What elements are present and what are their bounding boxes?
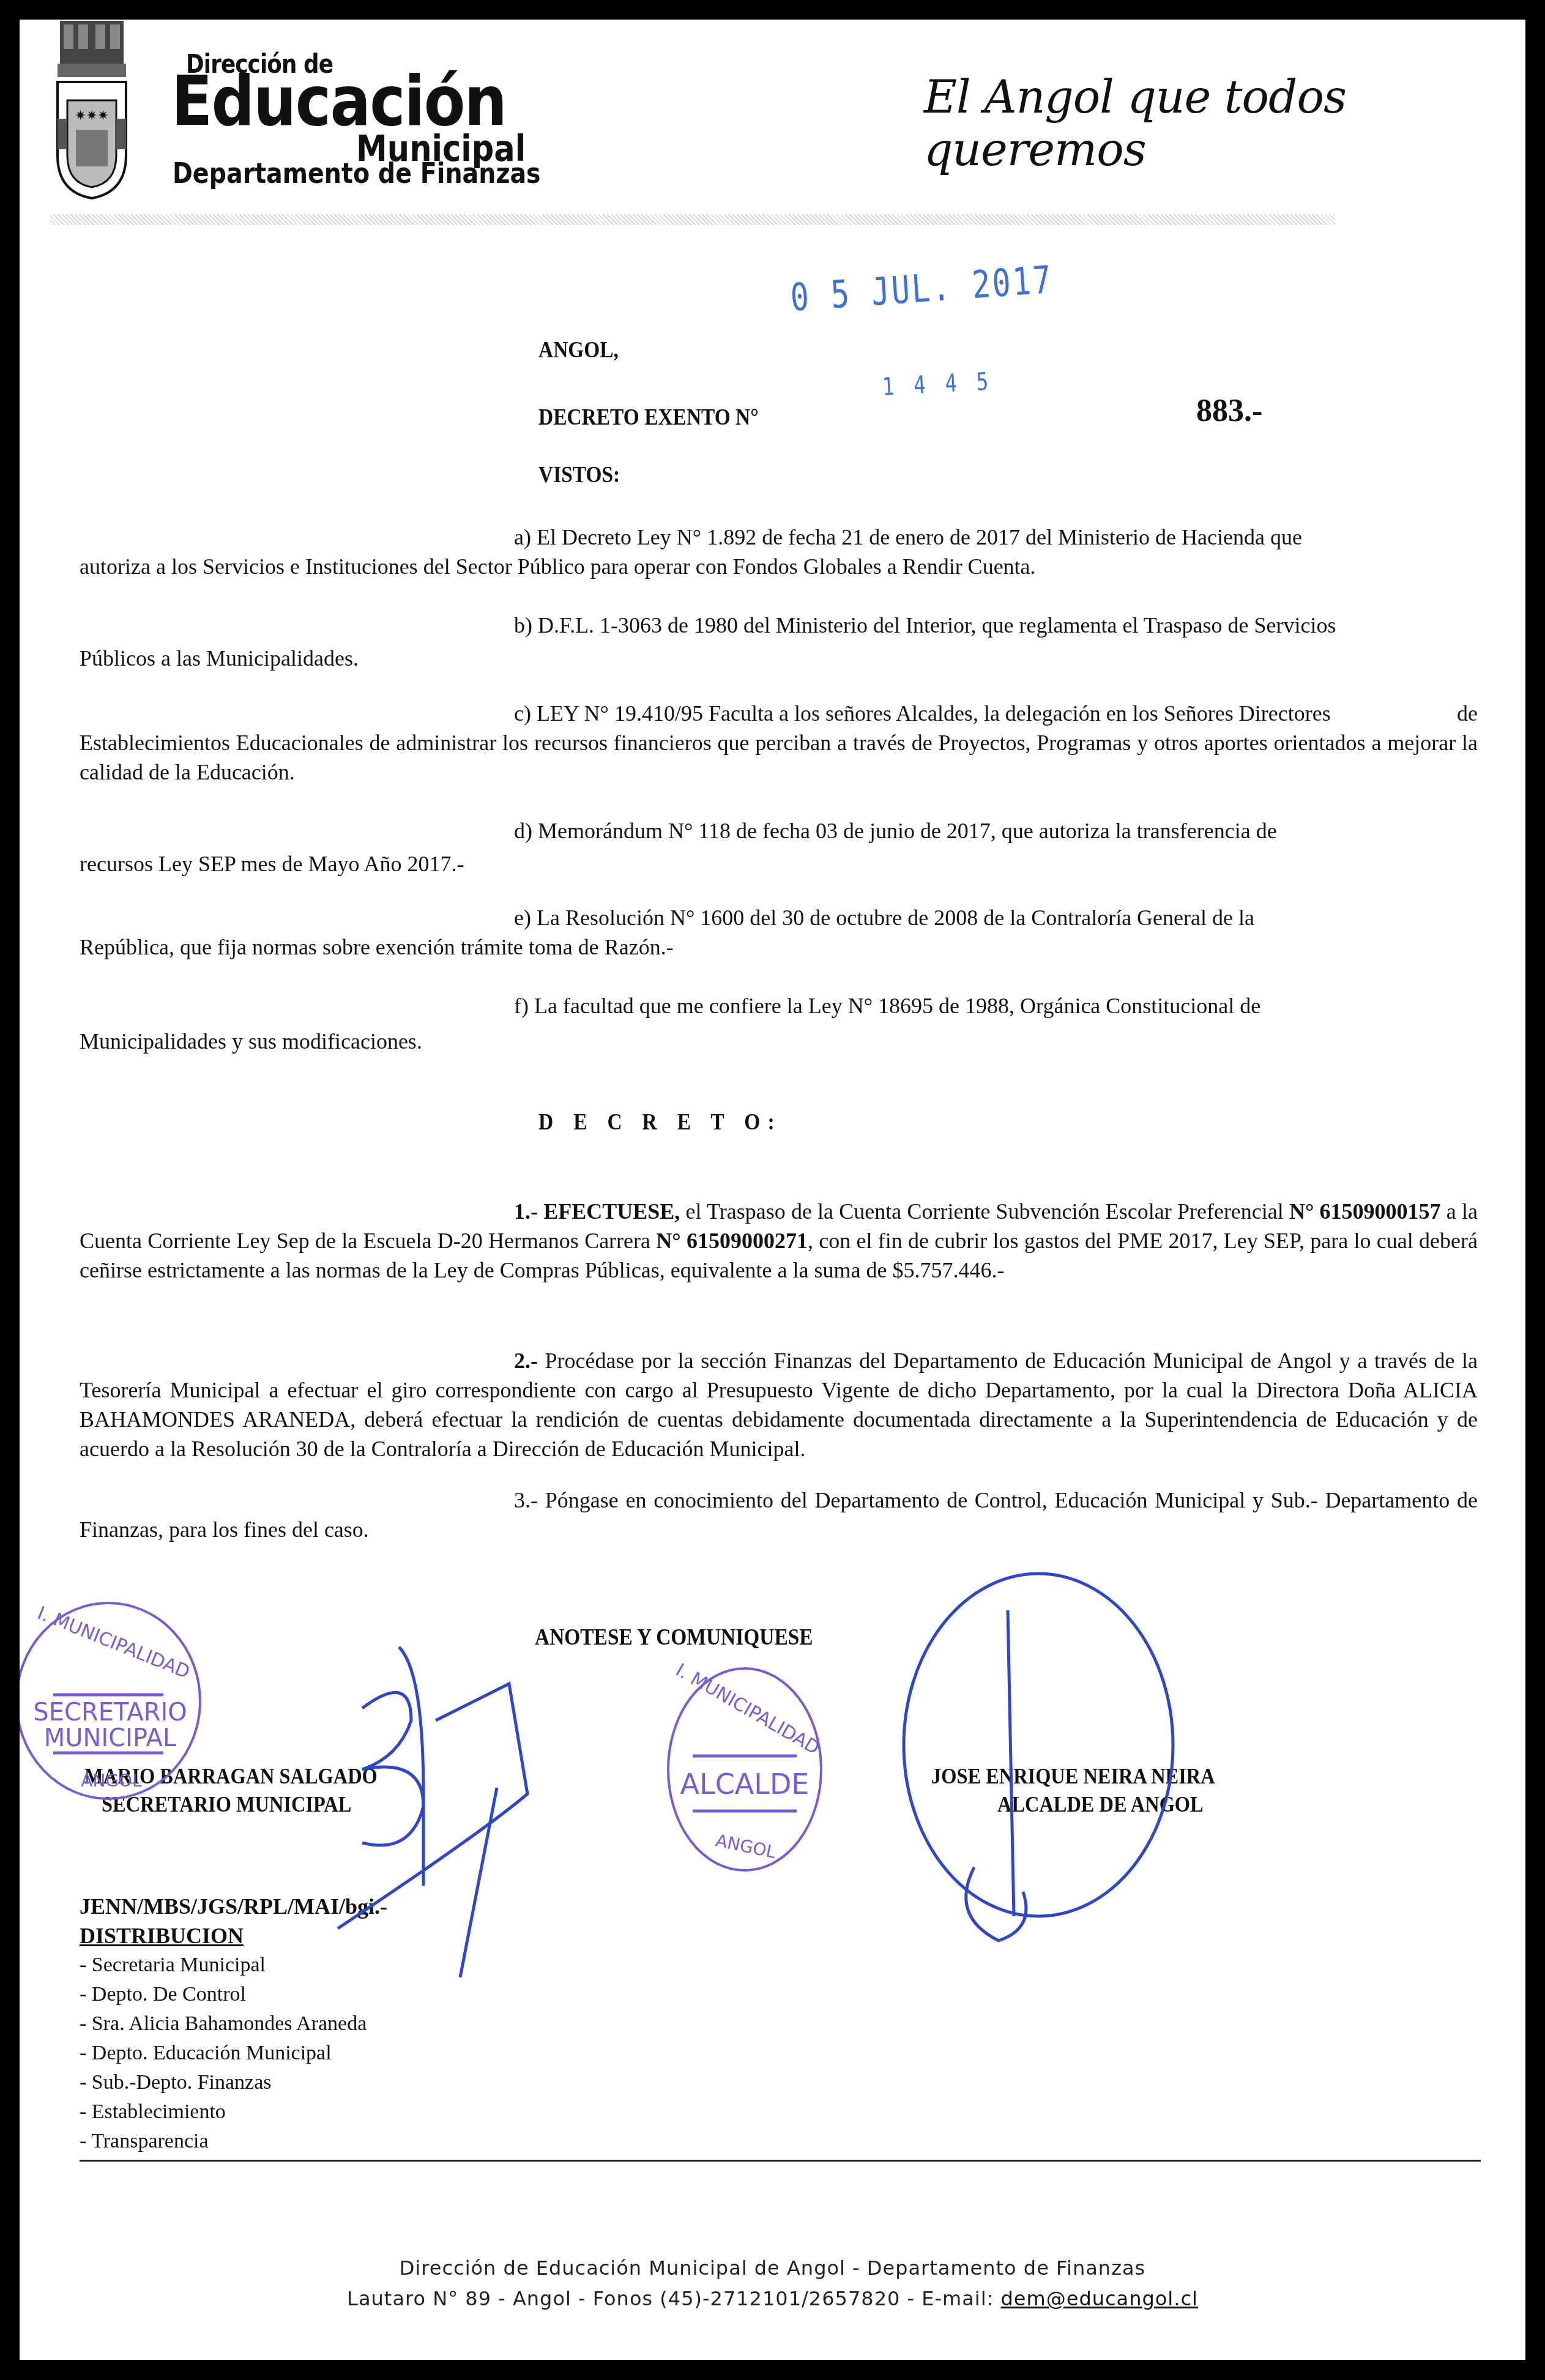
decreto-heading: D E C R E T O: [538,1109,782,1136]
header-divider [50,214,1335,225]
distribution-item: - Depto. Educación Municipal [80,2039,387,2068]
registry-number-stamp: 1 4 4 5 [882,368,993,401]
visto-c: c) LEY N° 19.410/95 Faculta a los señore… [80,699,1478,787]
distribution-block: JENN/MBS/JGS/RPL/MAI/bgi.- DISTRIBUCION … [80,1892,387,2156]
svg-text:SECRETARIO: SECRETARIO [33,1698,187,1727]
vistos-heading: VISTOS: [538,461,620,488]
visto-a: a) El Decreto Ley N° 1.892 de fecha 21 d… [80,522,1478,581]
distribution-item: - Sra. Alicia Bahamondes Araneda [80,2009,387,2039]
coat-of-arms-icon: ✷✷✷ [55,21,128,199]
visto-e: e) La Resolución N° 1600 del 30 de octub… [80,903,1426,962]
closing-formula: ANOTESE Y COMUNIQUESE [535,1624,813,1651]
city-heading: ANGOL, [538,337,619,363]
svg-text:✷✷✷: ✷✷✷ [75,108,108,123]
distribution-item: - Sub.-Depto. Finanzas [80,2068,387,2097]
distribution-title: DISTRIBUCION [80,1921,387,1950]
visto-d: d) Memorándum N° 118 de fecha 03 de juni… [80,816,1478,879]
seal-sec-top: I. MUNICIPALIDAD [34,1602,193,1683]
svg-text:ANGOL: ANGOL [714,1830,778,1862]
decreto-item-1: 1.- EFECTUESE, el Traspaso de la Cuenta … [80,1197,1478,1285]
mayor-name: JOSE ENRIQUE NEIRA NEIRA [931,1762,1215,1790]
distribution-item: - Establecimiento [80,2097,387,2127]
mayor-title: ALCALDE DE ANGOL [997,1790,1204,1818]
visto-b: b) D.F.L. 1-3063 de 1980 del Ministerio … [80,611,1478,673]
decree-label: DECRETO EXENTO N° [538,404,759,431]
mayor-signature-icon [904,1574,1173,1941]
decreto-item-3: 3.- Póngase en conocimiento del Departam… [80,1486,1478,1544]
distribution-item: - Secretaria Municipal [80,1950,387,1980]
svg-text:I. MUNICIPALIDAD: I. MUNICIPALIDAD [672,1659,823,1759]
reference-initials: JENN/MBS/JGS/RPL/MAI/bgi.- [80,1892,387,1921]
mayor-seal-icon [668,1668,821,1870]
svg-text:MUNICIPAL: MUNICIPAL [44,1724,177,1752]
decreto-item-2: 2.- Procédase por la sección Finanzas de… [80,1346,1478,1463]
distribution-item: - Depto. De Control [80,1980,387,2009]
decree-number: 883.- [1196,393,1262,429]
svg-text:ALCALDE: ALCALDE [680,1768,810,1801]
footer-divider [80,2160,1481,2162]
visto-f: f) La facultad que me confiere la Ley N°… [80,991,1478,1056]
secretary-name: MARIO BARRAGAN SALGADO [84,1762,378,1790]
footer-email-link[interactable]: dem@educangol.cl [1001,2287,1198,2310]
decree-document: ✷✷✷ Dirección de Educación Municipal Dep… [20,20,1525,2360]
footer-line1: Dirección de Educación Municipal de Ango… [20,2256,1525,2280]
letterhead-title: Educación [171,67,506,136]
letterhead-department: Departamento de Finanzas [173,159,541,187]
date-stamp: 0 5 JUL. 2017 [789,257,1054,320]
motto: El Angol que todos queremos [924,71,1525,176]
footer-line2: Lautaro N° 89 - Angol - Fonos (45)-27121… [20,2287,1525,2310]
secretary-title: SECRETARIO MUNICIPAL [102,1790,351,1818]
distribution-item: - Transparencia [80,2127,387,2156]
